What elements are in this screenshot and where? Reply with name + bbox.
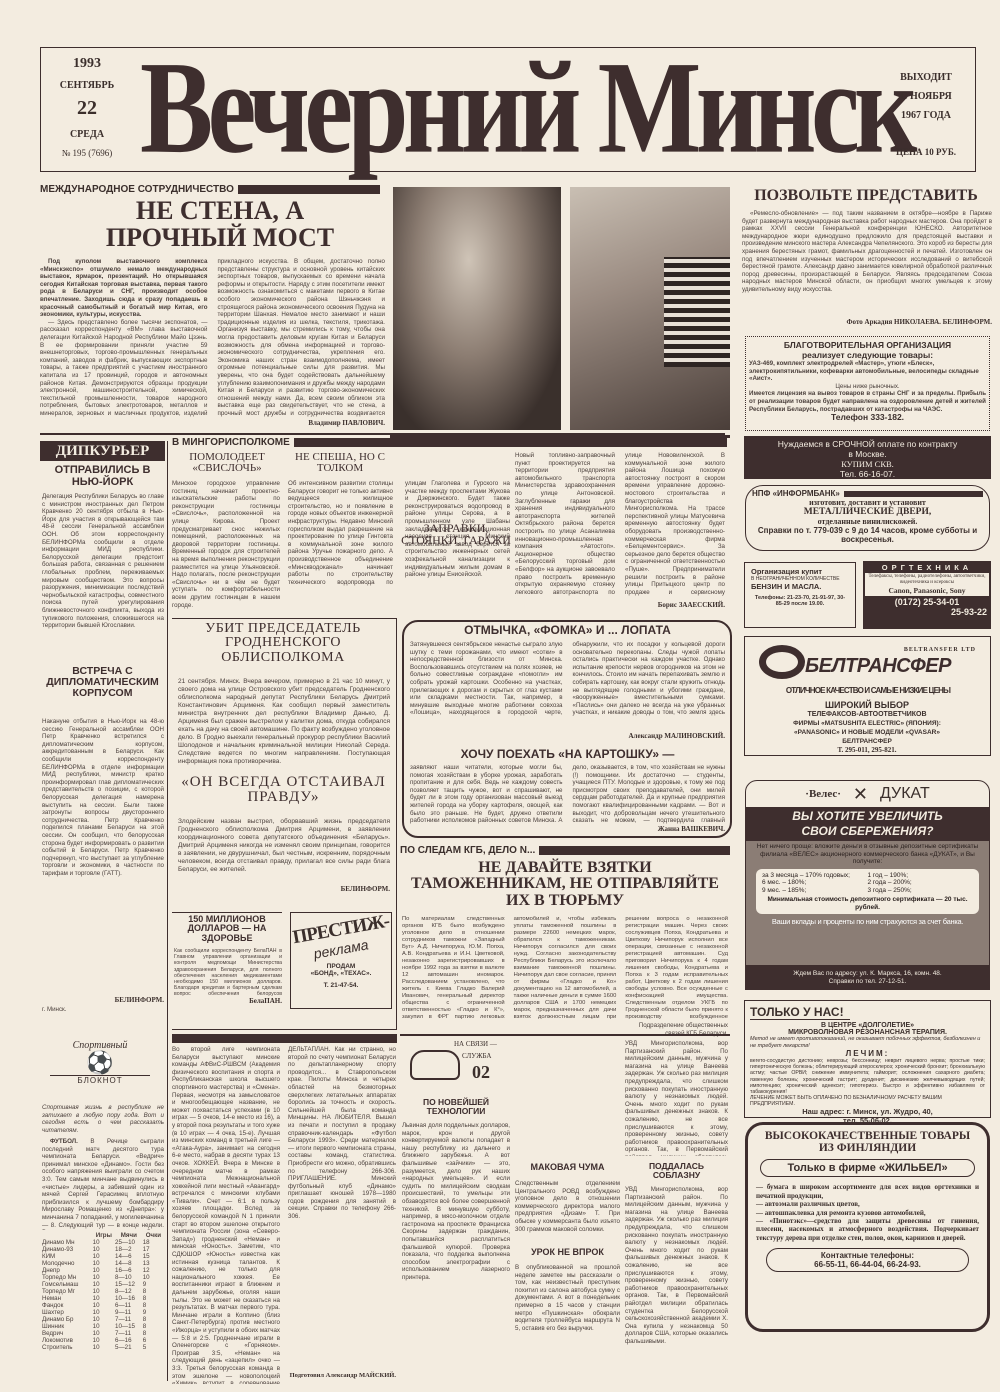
health-headline: 150 МИЛЛИОНОВ ДОЛЛАРОВ — НА ЗДОРОВЬЕ <box>172 915 282 943</box>
police-b1: Львиная доля поддельных долларов, марок,… <box>402 1122 510 1384</box>
dip-headline1: ОТПРАВИЛИСЬ В НЬЮ-ЙОРК <box>40 465 165 488</box>
police-h2: МАКОВАЯ ЧУМА <box>515 1163 620 1172</box>
introduce-headline: ПОЗВОЛЬТЕ ПРЕДСТАВИТЬ <box>738 188 994 204</box>
charity-license: Имеется лицензия на вывоз товаров в стра… <box>749 390 986 412</box>
informbank-ad: НПФ «ИНФОРМБАНК» изготовит, доставит и у… <box>745 485 990 551</box>
orgtech-title: ОРГТЕХНИКА <box>863 561 991 572</box>
dukat-logo: ДУКАТ <box>880 785 930 803</box>
zhilbel-headline: ВЫСОКОКАЧЕСТВЕННЫЕ ТОВАРЫ ИЗ ФИНЛЯНДИИ <box>756 1131 979 1154</box>
table-row: Шахтер109—119 <box>42 1309 164 1316</box>
lockpick-author: Александр МАЛИНОВСКИЙ. <box>560 732 725 740</box>
table-row: Неман1010—168 <box>42 1295 164 1302</box>
photo-birch-box <box>393 187 561 430</box>
mingor-h1: ПОМОЛОДЕЕТ «СВИСЛОЧЬ» <box>172 452 282 474</box>
sport-col2: Во второй лиге чемпионата Беларуси высту… <box>172 1046 280 1384</box>
police-rule <box>400 1034 730 1036</box>
table-row: Торпедо Мг108—128 <box>42 1288 164 1295</box>
rubric-bar <box>238 185 380 194</box>
published-line2: С НОЯБРЯ <box>880 87 972 106</box>
photo-craftsman <box>570 187 730 430</box>
zhilbel-ad: ВЫСОКОКАЧЕСТВЕННЫЕ ТОВАРЫ ИЗ ФИНЛЯНДИИ Т… <box>745 1122 990 1332</box>
murder-headline2: «ОН ВСЕГДА ОТСТАИВАЛ ПРАВДУ» <box>176 775 391 806</box>
beltransfer-ad: BELTRANSFER LTD БЕЛТРАНСФЕР ОТЛИЧНОЕ КАЧ… <box>744 636 991 756</box>
lead-rubric: МЕЖДУНАРОДНОЕ СОТРУДНИЧЕСТВО <box>40 184 380 195</box>
beltransfer-name: БЕЛТРАНСФЕР <box>805 655 951 678</box>
mingor-b1: Минское городское управление гостиниц на… <box>172 480 280 610</box>
masthead-year: 1993 <box>48 56 126 72</box>
charity-prices: Цены ниже рыночных. <box>749 383 986 391</box>
prestige-ad: ПРЕСТИЖ- реклама ПРОДАМ «БОНД», «ТЕХАС».… <box>290 912 392 1009</box>
dukat-ad: ·Велес· ✕ ДУКАТ ВЫ ХОТИТЕ УВЕЛИЧИТЬ СВОИ… <box>745 780 990 966</box>
published-line1: ВЫХОДИТ <box>880 68 972 87</box>
lead-intro: Под куполом выставочного комплекса «Минс… <box>40 258 208 319</box>
newspaper-title: Вечерний Минск <box>140 30 828 187</box>
murder-body2: Злодейским назван выстрел, оборвавший жи… <box>178 818 390 882</box>
charity-phone: Телефон 333-182. <box>749 412 986 422</box>
kgb-body: По материалам следственных органов КГБ б… <box>402 916 728 1024</box>
orgtech-ad: ОРГТЕХНИКА Телефаксы, телефоны, радиотел… <box>863 561 991 629</box>
mingor-h2: НЕ СПЕША, НО С ТОЛКОМ <box>285 452 395 474</box>
police-h4: ПОДДАЛАСЬ СОБЛАЗНУ <box>625 1162 728 1180</box>
police-h3: УРОК НЕ ВПРОК <box>515 1248 620 1257</box>
dip-rule <box>40 433 725 435</box>
lead-body: Под куполом выставочного комплекса «Минс… <box>40 258 385 420</box>
league-table-header: Игры Мячи Очки <box>42 1232 164 1239</box>
police-b3: В опубликованной на прошлой неделе замет… <box>515 1264 620 1382</box>
table-row: Днепр1016—612 <box>42 1267 164 1274</box>
table-row: Ведрич107—118 <box>42 1330 164 1337</box>
dip-body2: Накануне отбытия в Нью-Йорк на 48-ю сесс… <box>42 718 164 1002</box>
police-b2: Следственным отделением Центрального РОВ… <box>515 1180 620 1240</box>
police-badge: НА СВЯЗИ — СЛУЖБА 02 <box>410 1040 510 1095</box>
murder-body: 21 сентября. Минск. Вчера вечером, приме… <box>178 678 390 768</box>
introduce-body: «Ремесло-обновление» — под таким названи… <box>742 210 992 294</box>
masthead-day: 22 <box>48 97 126 120</box>
charity-goods: УАЗ-469, комплект электродрелей «Мастер»… <box>749 360 986 383</box>
police-b2-intro <box>515 1040 620 1155</box>
lead-author: Владимир ПАВЛОВИЧ. <box>200 419 385 427</box>
sport-col3: ДЕЛЬТАПЛАН. Как ни странно, но второй по… <box>288 1046 396 1374</box>
lockpick-headline: ОТМЫЧКА, «ФОМКА» И ... ЛОПАТА <box>410 624 725 637</box>
table-row: Динамо-931018—217 <box>42 1246 164 1253</box>
photo-credit: Фото Аркадия НИКОЛАЕВА. БЕЛИНФОРМ. <box>742 318 992 326</box>
orgtech-brands: Canon, Panasonic, Sony <box>866 586 988 595</box>
beltransfer-slogan: ОТЛИЧНОЕ КАЧЕСТВО И САМЫЕ НИЗКИЕ ЦЕНЫ <box>753 686 983 695</box>
table-row: Динамо Мн1025—1018 <box>42 1239 164 1246</box>
kgb-rubric: ПО СЛЕДАМ КГБ, ДЕЛО N... <box>400 845 730 856</box>
longevity-headline: ТОЛЬКО У НАС! <box>750 1005 850 1020</box>
table-row: Строитель105—215 <box>42 1344 164 1351</box>
dukat-rates: за 3 месяца – 170% годовых; 1 год – 190%… <box>756 869 979 915</box>
charity-title2: реализует следующие товары: <box>749 350 986 360</box>
table-row: Динамо Бр107—118 <box>42 1316 164 1323</box>
masthead-price: ЦЕНА 10 РУБ. <box>880 143 972 162</box>
murder-author: БЕЛИНФОРМ. <box>280 885 390 893</box>
health-rule <box>172 912 282 913</box>
table-row: Фандок106—118 <box>42 1302 164 1309</box>
police-b4-cont: УВД Мингорисполкома, вор Партизанский ра… <box>625 1186 728 1384</box>
beltransfer-logo-icon <box>759 645 805 679</box>
masthead-weekday: СРЕДА <box>48 129 126 140</box>
health-body: Как сообщили корреспонденту БелаПАН в Гл… <box>174 948 282 998</box>
masthead-month: СЕНТЯБРЬ <box>48 80 126 91</box>
dukat-headline2: СВОИ СБЕРЕЖЕНИЯ? <box>746 824 989 839</box>
sport-intro: Спортивная жизнь в республике не затихае… <box>42 1104 164 1134</box>
charity-ad: БЛАГОТВОРИТЕЛЬНАЯ ОРГАНИЗАЦИЯ реализует … <box>745 336 990 431</box>
dip-body1: Делегация Республики Беларусь во главе с… <box>42 493 164 655</box>
dukat-headline1: ВЫ ХОТИТЕ УВЕЛИЧИТЬ <box>746 809 989 824</box>
table-row: Шинник1010—158 <box>42 1323 164 1330</box>
table-row: Торпедо Мн108—1010 <box>42 1274 164 1281</box>
dukat-address: Ждем Вас по адресу: ул. К. Маркса, 16, к… <box>745 966 990 990</box>
sport-author: Подготовил Александр МАЙСКИЙ. <box>288 1372 396 1379</box>
table-row: КИМ1014—615 <box>42 1253 164 1260</box>
potato-headline: ХОЧУ ПОЕХАТЬ «НА КАРТОШКУ» — <box>410 748 725 761</box>
dip-author: БЕЛИНФОРМ. <box>90 996 164 1004</box>
zhilbel-contacts: Контактные телефоны: 66-55-11, 66-44-04,… <box>766 1248 969 1272</box>
sport-rule <box>172 1034 397 1043</box>
police-h1: ПО НОВЕЙШЕЙ ТЕХНОЛОГИИ <box>402 1098 510 1116</box>
sport-football: ФУТБОЛ. В Речице сыграли последний матч … <box>42 1138 164 1230</box>
zhilbel-firm: Только в фирме «ЖИЛЬБЕЛ» <box>760 1159 975 1177</box>
police-car-icon <box>410 1050 460 1080</box>
fuel-ad: Организация купит В НЕОГРАНИЧЕННОМ КОЛИЧ… <box>744 562 856 628</box>
charity-title1: БЛАГОТВОРИТЕЛЬНАЯ ОРГАНИЗАЦИЯ <box>749 340 986 350</box>
dip-col-divider <box>167 441 168 1381</box>
urgent-ad: Нуждаемся в СРОЧНОЙ оплате по контракту … <box>744 436 991 479</box>
lead-headline: НЕ СТЕНА, А ПРОЧНЫЙ МОСТ <box>70 198 370 251</box>
table-row: Гомсельмаш1015—129 <box>42 1281 164 1288</box>
mingor-author: Борис ЗААЕССКИЙ. <box>560 601 725 609</box>
dip-dateline: г. Минск. <box>42 1006 102 1014</box>
longevity-ad: ТОЛЬКО У НАС! В ЦЕНТРЕ «ДОЛГОЛЕТИЕ» МИКР… <box>744 1000 991 1118</box>
masthead-since: ВЫХОДИТ С НОЯБРЯ 1967 ГОДА ЦЕНА 10 РУБ. <box>880 68 972 162</box>
kgb-headline: НЕ ДАВАЙТЕ ВЗЯТКИ ТАМОЖЕННИКАМ, НЕ ОТПРА… <box>400 860 730 909</box>
table-row: Локомотив106—166 <box>42 1337 164 1344</box>
table-row: Молодечно1014—813 <box>42 1260 164 1267</box>
lockpick-body: Затянувшееся сентябрьское ненастье сыгра… <box>410 641 725 721</box>
masthead-issue: № 195 (7696) <box>48 148 126 158</box>
dukat-logo-icon: ✕ <box>853 784 868 805</box>
police-b4: УВД Мингорисполкома, вор Партизанский ра… <box>625 1040 728 1156</box>
ball-icon: ⚽ <box>50 1051 150 1075</box>
veles-logo: ·Велес· <box>805 788 841 800</box>
masthead-date: 1993 СЕНТЯБРЬ 22 СРЕДА № 195 (7696) <box>48 56 126 158</box>
informbank-name: НПФ «ИНФОРМБАНК» <box>752 489 840 498</box>
dip-headline2: ВСТРЕЧА С ДИПЛОМАТИЧЕСКИМ КОРПУСОМ <box>40 666 165 699</box>
dipcourier-rubric: ДИПКУРЬЕР <box>40 441 165 461</box>
potato-body: заявляют наши читатели, которые могли бы… <box>410 764 725 826</box>
mingor-h3: ЗАПРАВКИ, СТОЯНКИ, ГАРАЖИ <box>400 522 512 546</box>
mingor-rubric: В МИНГОРИСПОЛКОМЕ <box>172 437 727 448</box>
published-line3: 1967 ГОДА <box>880 106 972 125</box>
striped-shirt <box>664 257 730 367</box>
health-author: БелаПАН. <box>200 997 282 1005</box>
sport-logo: Спортивный ⚽ БЛОКНОТ <box>50 1040 150 1100</box>
murder-headline: УБИТ ПРЕДСЕДАТЕЛЬ ГРОДНЕНСКОГО ОБЛИСПОЛК… <box>178 622 388 665</box>
potato-author: Жанна ВАШКЕВИЧ. <box>560 825 725 833</box>
mingor-b3: Новый топливно-заправочный пункт проекти… <box>515 452 725 598</box>
league-table: Игры Мячи Очки Динамо Мн1025—1018 Динамо… <box>42 1232 164 1351</box>
